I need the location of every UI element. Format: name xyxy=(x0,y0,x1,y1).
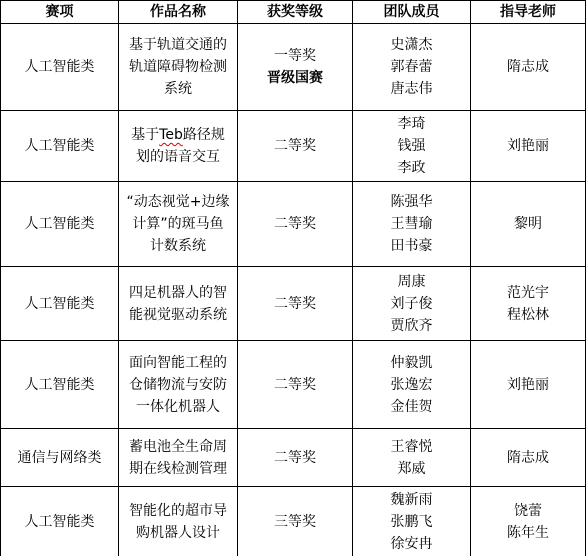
cell-members: 仲毅凯张逸宏金佳贺 xyxy=(353,341,471,429)
member-name: 仲毅凯 xyxy=(360,352,463,374)
cell-category: 通信与网络类 xyxy=(1,429,119,487)
award-level: 二等奖 xyxy=(245,213,345,235)
cell-advisors: 刘艳丽 xyxy=(471,341,586,429)
award-table: 赛项 作品名称 获奖等级 团队成员 指导老师 人工智能类基于轨道交通的轨道障碍物… xyxy=(0,0,586,556)
award-level: 二等奖 xyxy=(245,293,345,315)
cell-award: 二等奖 xyxy=(238,182,353,267)
cell-members: 周康刘子俊贾欣齐 xyxy=(353,267,471,341)
award-level: 二等奖 xyxy=(245,135,345,157)
col-header-award: 获奖等级 xyxy=(238,1,353,24)
col-header-members: 团队成员 xyxy=(353,1,471,24)
advisor-name: 陈年生 xyxy=(478,522,578,544)
member-name: 郭春蕾 xyxy=(360,56,463,78)
member-name: 徐安冉 xyxy=(360,533,463,555)
table-row: 人工智能类智能化的超市导购机器人设计三等奖魏新雨张鹏飞徐安冉饶蕾陈年生 xyxy=(1,487,586,556)
col-header-advisors: 指导老师 xyxy=(471,1,586,24)
cell-award: 二等奖 xyxy=(238,341,353,429)
member-name: 魏新雨 xyxy=(360,489,463,511)
cell-title: 蓄电池全生命周期在线检测管理 xyxy=(119,429,238,487)
cell-title: 基于Teb路径规划的语音交互 xyxy=(119,111,238,182)
advisor-name: 范光宇 xyxy=(478,282,578,304)
table-row: 人工智能类四足机器人的智能视觉驱动系统二等奖周康刘子俊贾欣齐范光宇程松林 xyxy=(1,267,586,341)
table-row: 人工智能类“动态视觉+边缘计算”的斑马鱼计数系统二等奖陈强华王彗瑜田书豪黎明 xyxy=(1,182,586,267)
advisor-name: 刘艳丽 xyxy=(478,135,578,157)
cell-award: 二等奖 xyxy=(238,111,353,182)
advisor-name: 隋志成 xyxy=(478,56,578,78)
cell-members: 陈强华王彗瑜田书豪 xyxy=(353,182,471,267)
cell-advisors: 隋志成 xyxy=(471,24,586,111)
member-name: 金佳贺 xyxy=(360,396,463,418)
award-level: 二等奖 xyxy=(245,447,345,469)
member-name: 史潇杰 xyxy=(360,34,463,56)
cell-category: 人工智能类 xyxy=(1,111,119,182)
cell-title: 智能化的超市导购机器人设计 xyxy=(119,487,238,556)
member-name: 周康 xyxy=(360,271,463,293)
member-name: 陈强华 xyxy=(360,191,463,213)
spellcheck-word: Teb xyxy=(159,127,183,143)
cell-members: 王睿悦郑威 xyxy=(353,429,471,487)
member-name: 张鹏飞 xyxy=(360,511,463,533)
cell-advisors: 饶蕾陈年生 xyxy=(471,487,586,556)
cell-award: 二等奖 xyxy=(238,429,353,487)
cell-category: 人工智能类 xyxy=(1,24,119,111)
cell-award: 一等奖晋级国赛 xyxy=(238,24,353,111)
member-name: 王彗瑜 xyxy=(360,213,463,235)
cell-award: 三等奖 xyxy=(238,487,353,556)
cell-title: 基于轨道交通的轨道障碍物检测系统 xyxy=(119,24,238,111)
advisor-name: 程松林 xyxy=(478,304,578,326)
cell-category: 人工智能类 xyxy=(1,341,119,429)
header-row: 赛项 作品名称 获奖等级 团队成员 指导老师 xyxy=(1,1,586,24)
cell-category: 人工智能类 xyxy=(1,487,119,556)
member-name: 李琦 xyxy=(360,113,463,135)
cell-members: 史潇杰郭春蕾唐志伟 xyxy=(353,24,471,111)
col-header-category: 赛项 xyxy=(1,1,119,24)
cell-advisors: 刘艳丽 xyxy=(471,111,586,182)
cell-category: 人工智能类 xyxy=(1,267,119,341)
cell-members: 魏新雨张鹏飞徐安冉 xyxy=(353,487,471,556)
table-row: 通信与网络类蓄电池全生命周期在线检测管理二等奖王睿悦郑威隋志成 xyxy=(1,429,586,487)
award-level: 三等奖 xyxy=(245,511,345,533)
table-row: 人工智能类基于轨道交通的轨道障碍物检测系统一等奖晋级国赛史潇杰郭春蕾唐志伟隋志成 xyxy=(1,24,586,111)
cell-title: “动态视觉+边缘计算”的斑马鱼计数系统 xyxy=(119,182,238,267)
member-name: 王睿悦 xyxy=(360,436,463,458)
cell-title: 四足机器人的智能视觉驱动系统 xyxy=(119,267,238,341)
cell-advisors: 隋志成 xyxy=(471,429,586,487)
table-row: 人工智能类面向智能工程的仓储物流与安防一体化机器人二等奖仲毅凯张逸宏金佳贺刘艳丽 xyxy=(1,341,586,429)
advisor-name: 黎明 xyxy=(478,213,578,235)
member-name: 张逸宏 xyxy=(360,374,463,396)
member-name: 刘子俊 xyxy=(360,293,463,315)
member-name: 李政 xyxy=(360,157,463,179)
member-name: 钱强 xyxy=(360,135,463,157)
advisor-name: 刘艳丽 xyxy=(478,374,578,396)
award-level: 二等奖 xyxy=(245,374,345,396)
table-row: 人工智能类基于Teb路径规划的语音交互二等奖李琦钱强李政刘艳丽 xyxy=(1,111,586,182)
advisor-name: 隋志成 xyxy=(478,447,578,469)
advisor-name: 饶蕾 xyxy=(478,500,578,522)
col-header-title: 作品名称 xyxy=(119,1,238,24)
member-name: 唐志伟 xyxy=(360,78,463,100)
cell-award: 二等奖 xyxy=(238,267,353,341)
cell-members: 李琦钱强李政 xyxy=(353,111,471,182)
cell-title: 面向智能工程的仓储物流与安防一体化机器人 xyxy=(119,341,238,429)
member-name: 田书豪 xyxy=(360,235,463,257)
award-results-document: 赛项 作品名称 获奖等级 团队成员 指导老师 人工智能类基于轨道交通的轨道障碍物… xyxy=(0,0,586,556)
cell-advisors: 黎明 xyxy=(471,182,586,267)
award-note: 晋级国赛 xyxy=(245,67,345,89)
cell-advisors: 范光宇程松林 xyxy=(471,267,586,341)
award-level: 一等奖 xyxy=(245,45,345,67)
member-name: 郑威 xyxy=(360,458,463,480)
cell-category: 人工智能类 xyxy=(1,182,119,267)
member-name: 贾欣齐 xyxy=(360,315,463,337)
